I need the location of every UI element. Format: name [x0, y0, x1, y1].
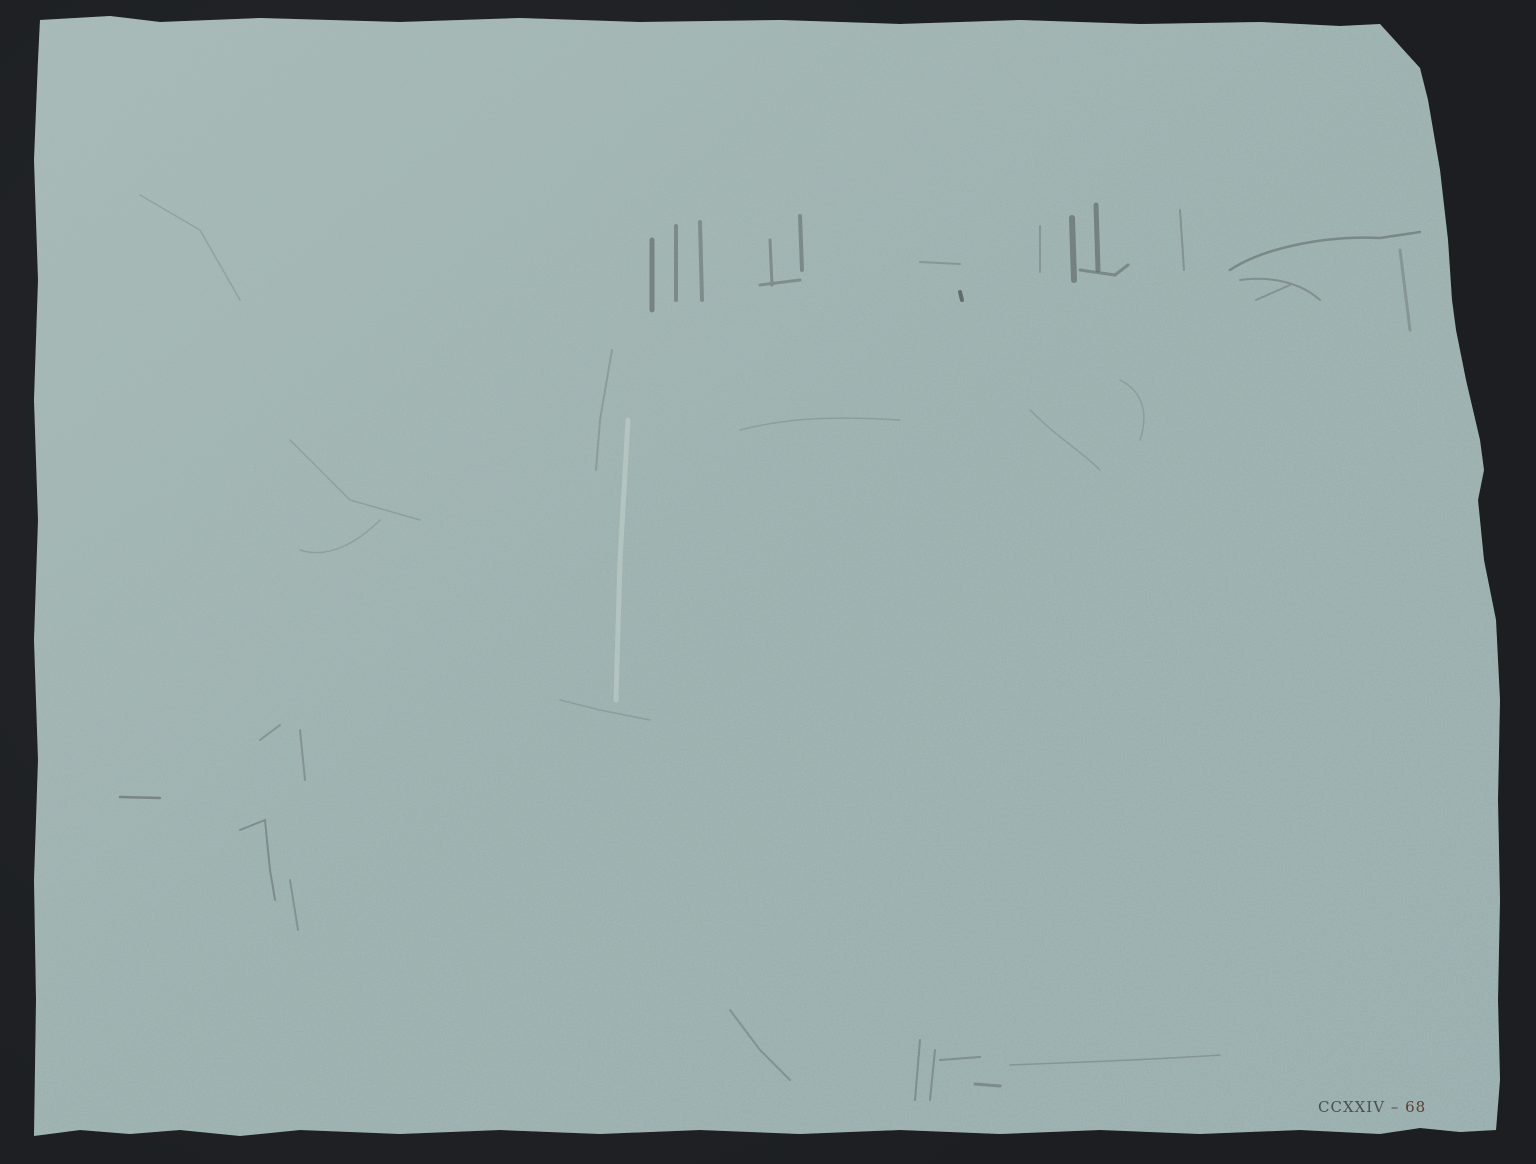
- sketch-paper: [0, 0, 1536, 1164]
- stamp-number: 68: [1405, 1098, 1426, 1116]
- stamp-roman-numeral: CCXXIV –: [1318, 1098, 1405, 1116]
- torn-paper-shape: [34, 16, 1500, 1136]
- paper-sheet-graphic: [0, 0, 1536, 1164]
- catalogue-stamp: CCXXIV – 68: [1318, 1098, 1426, 1116]
